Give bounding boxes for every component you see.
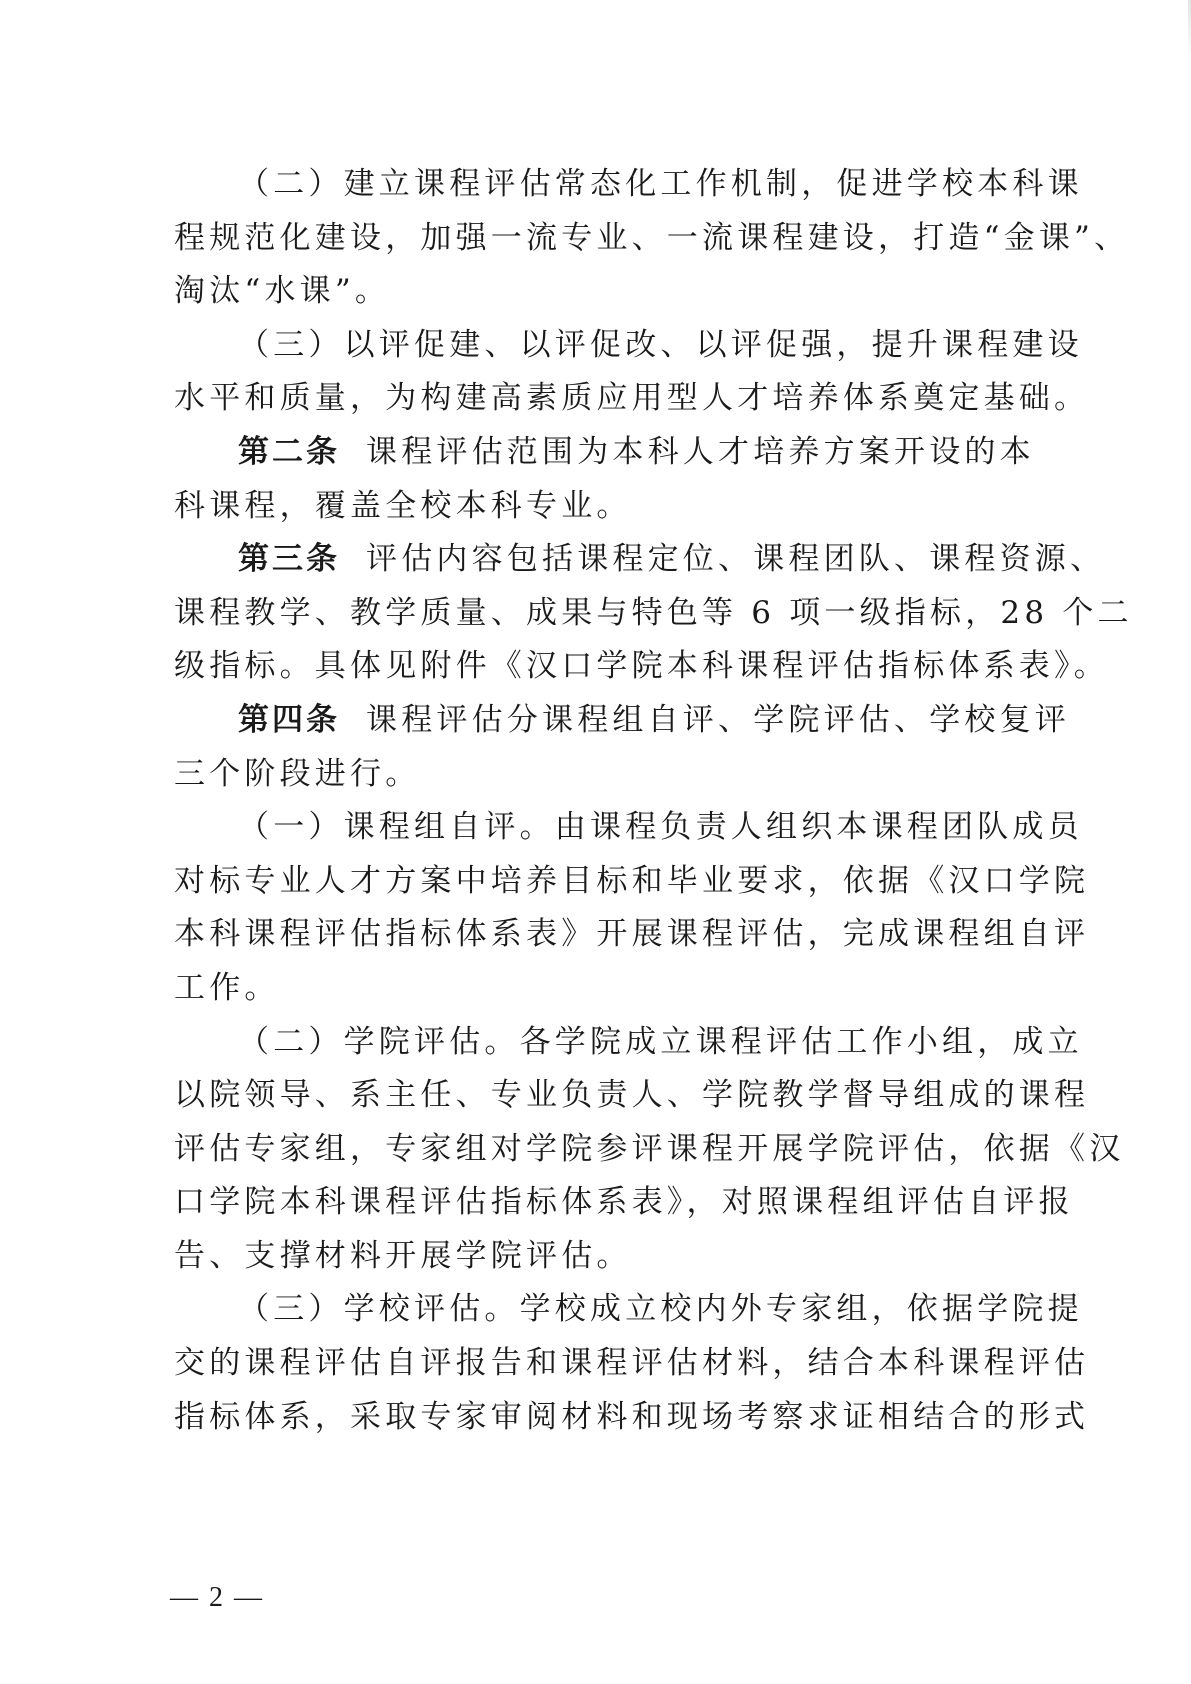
article4-item2-line5: 告、支撑材料开展学院评估。: [174, 1230, 944, 1284]
article2-text: 课程评估范围为本科人才培养方案开设的本: [366, 434, 1035, 470]
article4-item2-line4: 口学院本科课程评估指标体系表》，对照课程组评估自评报: [174, 1176, 944, 1230]
article4-item1-line4: 工作。: [174, 962, 944, 1016]
article3-text: 评估内容包括课程定位、课程团队、课程资源、: [366, 541, 1105, 577]
article2-heading: 第二条: [238, 434, 340, 470]
paragraph-clause1-item2-line3: 淘汰“水课”。: [174, 265, 944, 319]
article3-heading: 第三条: [238, 541, 340, 577]
document-body: （二）建立课程评估常态化工作机制，促进学校本科课 程规范化建设，加强一流专业、一…: [174, 158, 944, 1444]
article4-item1-line1: （一）课程组自评。由课程负责人组织本课程团队成员: [174, 801, 944, 855]
article4-line2: 三个阶段进行。: [174, 748, 944, 802]
article4-item1-line3: 本科课程评估指标体系表》开展课程评估，完成课程组自评: [174, 908, 944, 962]
article4-text: 课程评估分课程组自评、学院评估、学校复评: [366, 702, 1070, 738]
article4-item2-line2: 以院领导、系主任、专业负责人、学院教学督导组成的课程: [174, 1069, 944, 1123]
paragraph-clause1-item3-line2: 水平和质量，为构建高素质应用型人才培养体系奠定基础。: [174, 372, 944, 426]
article4-item1-line2: 对标专业人才方案中培养目标和毕业要求，依据《汉口学院: [174, 855, 944, 909]
paragraph-clause1-item2-line1: （二）建立课程评估常态化工作机制，促进学校本科课: [174, 158, 944, 212]
article4-item2-line3: 评估专家组，专家组对学院参评课程开展学院评估，依据《汉: [174, 1123, 944, 1177]
page-number: — 2 —: [170, 1582, 264, 1614]
article2-line2: 科课程，覆盖全校本科专业。: [174, 480, 944, 534]
article3-line3: 级指标。具体见附件《汉口学院本科课程评估指标体系表》。: [174, 640, 944, 694]
article3-line1: 第三条评估内容包括课程定位、课程团队、课程资源、: [174, 533, 944, 587]
article4-item2-line1: （二）学院评估。各学院成立课程评估工作小组，成立: [174, 1016, 944, 1070]
article4-item3-line3: 指标体系，采取专家审阅材料和现场考察求证相结合的形式: [174, 1391, 944, 1445]
article4-line1: 第四条课程评估分课程组自评、学院评估、学校复评: [174, 694, 944, 748]
paragraph-clause1-item3-line1: （三）以评促建、以评促改、以评促强，提升课程建设: [174, 319, 944, 373]
document-page: （二）建立课程评估常态化工作机制，促进学校本科课 程规范化建设，加强一流专业、一…: [0, 0, 1191, 1684]
article3-line2: 课程教学、教学质量、成果与特色等 6 项一级指标，28 个二: [174, 587, 944, 641]
article4-item3-line1: （三）学校评估。学校成立校内外专家组，依据学院提: [174, 1283, 944, 1337]
paragraph-clause1-item2-line2: 程规范化建设，加强一流专业、一流课程建设，打造“金课”、: [174, 212, 944, 266]
article4-item3-line2: 交的课程评估自评报告和课程评估材料，结合本科课程评估: [174, 1337, 944, 1391]
article4-heading: 第四条: [238, 702, 340, 738]
article2-line1: 第二条课程评估范围为本科人才培养方案开设的本: [174, 426, 944, 480]
